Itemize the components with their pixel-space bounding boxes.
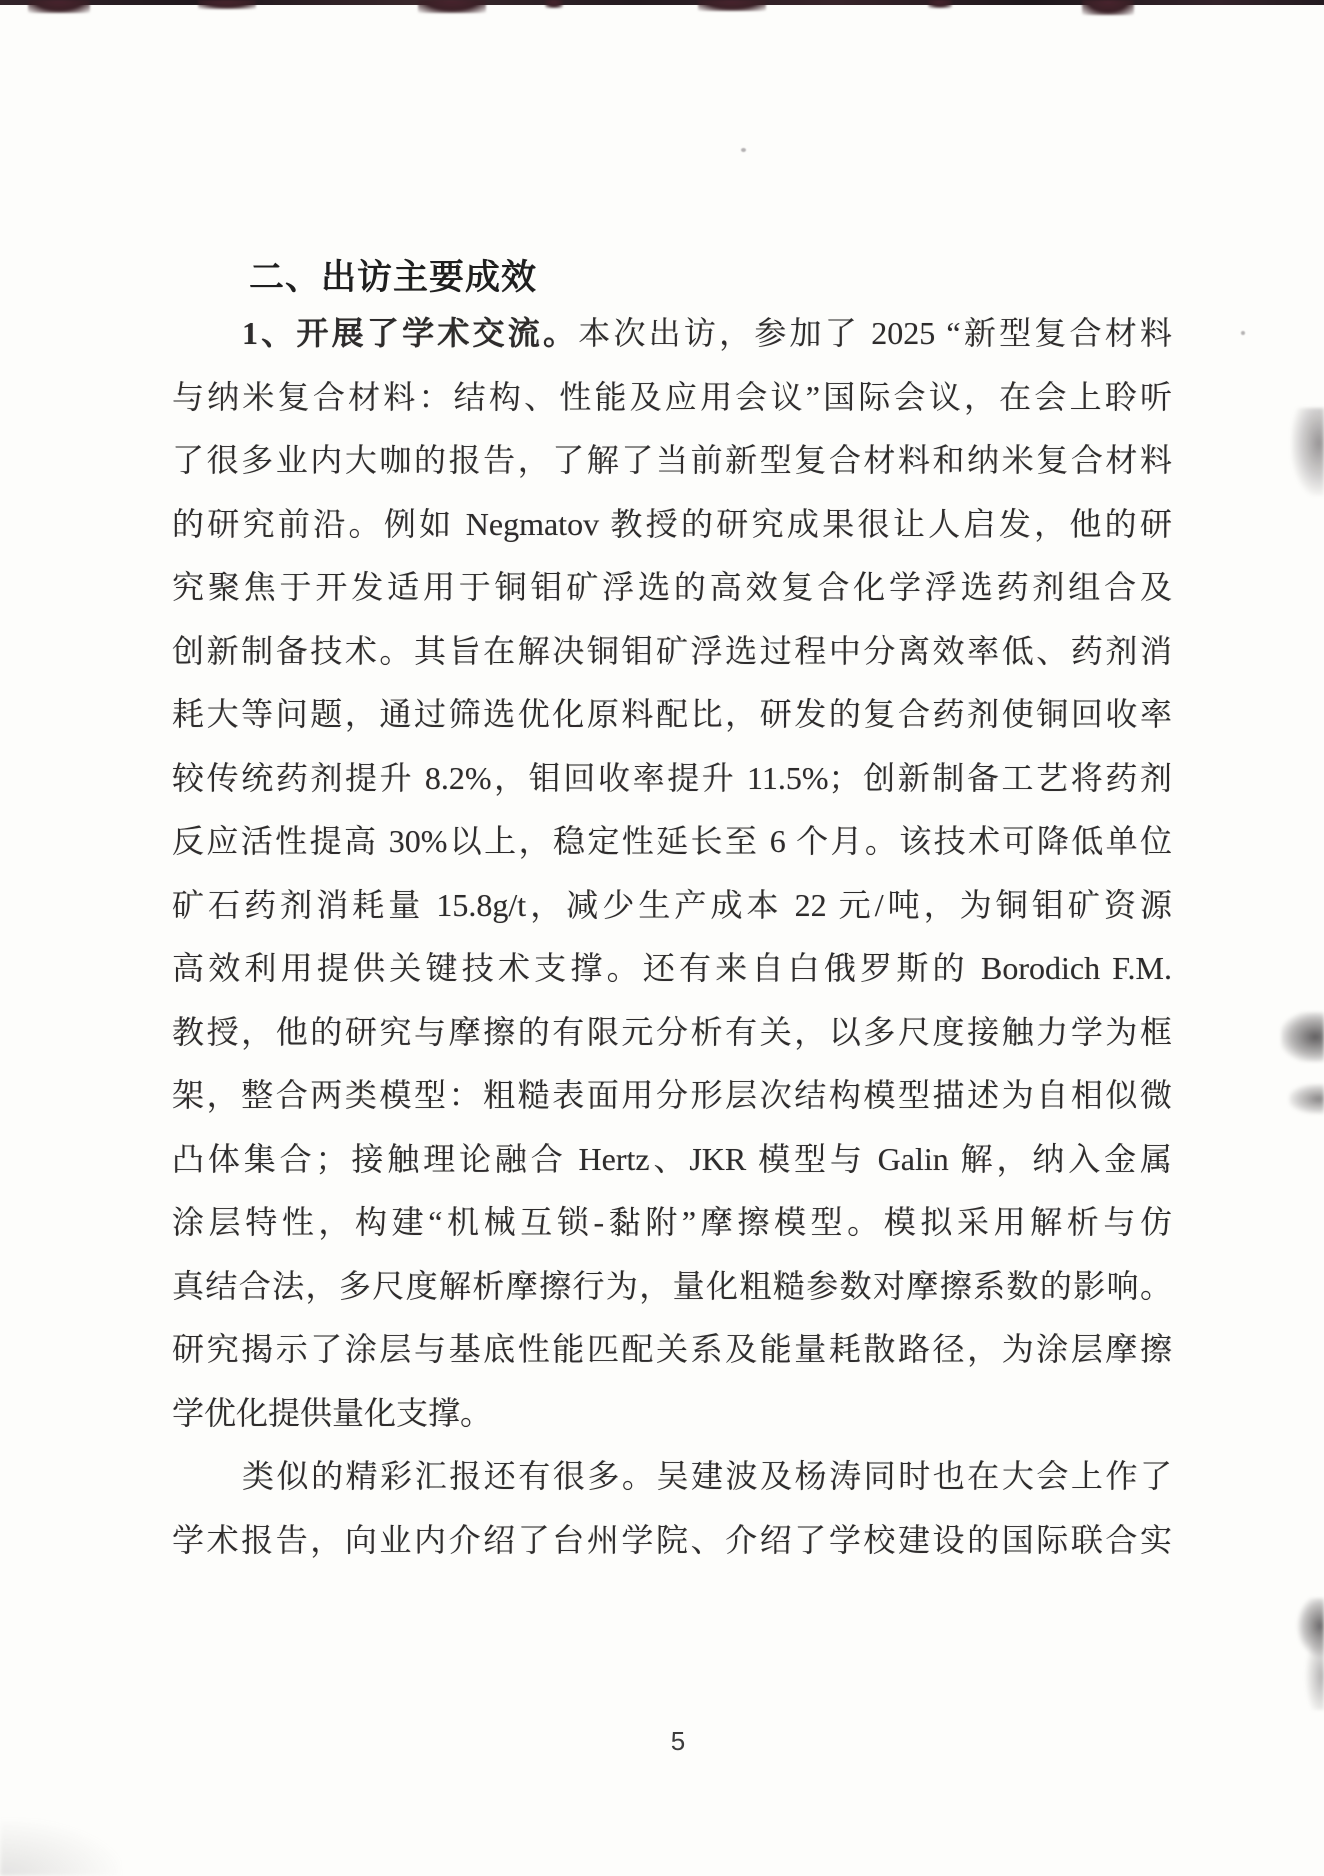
text-line: 学优化提供量化支撑。 — [172, 1382, 1172, 1446]
scan-top-mark — [928, 0, 952, 8]
section-heading: 二、出访主要成效 — [249, 250, 537, 300]
text-line: 高效利用提供关键技术支撑。还有来自白俄罗斯的 Borodich F.M. — [172, 937, 1172, 1001]
text-line: 研究揭示了涂层与基底性能匹配关系及能量耗散路径，为涂层摩擦 — [172, 1318, 1172, 1382]
scan-speck — [741, 148, 746, 152]
scan-speck — [1241, 331, 1245, 335]
text-line: 反应活性提高 30%以上，稳定性延长至 6 个月。该技术可降低单位 — [172, 810, 1172, 874]
scan-smudge — [1281, 1012, 1324, 1062]
scan-top-mark — [198, 0, 256, 9]
scan-corner-shade — [0, 1820, 120, 1876]
text-line-bold-lead: 1、开展了学术交流。 — [242, 315, 578, 351]
scan-smudge — [1289, 1084, 1324, 1114]
text-line: 涂层特性，构建“机械互锁-黏附”摩擦模型。模拟采用解析与仿 — [172, 1191, 1172, 1255]
scan-top-mark — [418, 0, 486, 13]
text-line: 创新制备技术。其旨在解决铜钼矿浮选过程中分离效率低、药剂消 — [172, 620, 1172, 684]
text-line: 凸体集合；接触理论融合 Hertz、JKR 模型与 Galin 解，纳入金属 — [172, 1128, 1172, 1192]
scan-top-mark — [28, 0, 90, 13]
text-line: 了很多业内大咖的报告，了解了当前新型复合材料和纳米复合材料 — [172, 429, 1172, 493]
text-line: 架，整合两类模型：粗糙表面用分形层次结构模型描述为自相似微 — [172, 1064, 1172, 1128]
scan-smudge — [1291, 408, 1324, 496]
text-line: 类似的精彩汇报还有很多。吴建波及杨涛同时也在大会上作了 — [172, 1445, 1172, 1509]
scan-top-mark — [1082, 0, 1134, 15]
text-line: 真结合法，多尺度解析摩擦行为，量化粗糙参数对摩擦系数的影响。 — [172, 1255, 1172, 1319]
text-line: 学术报告，向业内介绍了台州学院、介绍了学校建设的国际联合实 — [172, 1509, 1172, 1573]
scan-top-mark — [698, 0, 766, 11]
scan-smudge — [1287, 1598, 1324, 1710]
text-line: 的研究前沿。例如 Negmatov 教授的研究成果很让人启发，他的研 — [172, 493, 1172, 557]
page-number: 5 — [648, 1726, 708, 1757]
text-line: 教授，他的研究与摩擦的有限元分析有关，以多尺度接触力学为框 — [172, 1001, 1172, 1065]
text-line: 较传统药剂提升 8.2%，钼回收率提升 11.5%；创新制备工艺将药剂 — [172, 747, 1172, 811]
text-line-rest: 本次出访，参加了 2025 “新型复合材料 — [578, 315, 1172, 351]
text-line: 耗大等问题，通过筛选优化原料配比，研发的复合药剂使铜回收率 — [172, 683, 1172, 747]
text-line: 1、开展了学术交流。本次出访，参加了 2025 “新型复合材料 — [172, 302, 1172, 366]
body-text: 1、开展了学术交流。本次出访，参加了 2025 “新型复合材料 与纳米复合材料：… — [172, 302, 1172, 1572]
scan-top-mark — [545, 0, 563, 8]
text-line: 矿石药剂消耗量 15.8g/t，减少生产成本 22 元/吨，为铜钼矿资源 — [172, 874, 1172, 938]
text-line: 究聚焦于开发适用于铜钼矿浮选的高效复合化学浮选药剂组合及 — [172, 556, 1172, 620]
text-line: 与纳米复合材料：结构、性能及应用会议”国际会议，在会上聆听 — [172, 366, 1172, 430]
